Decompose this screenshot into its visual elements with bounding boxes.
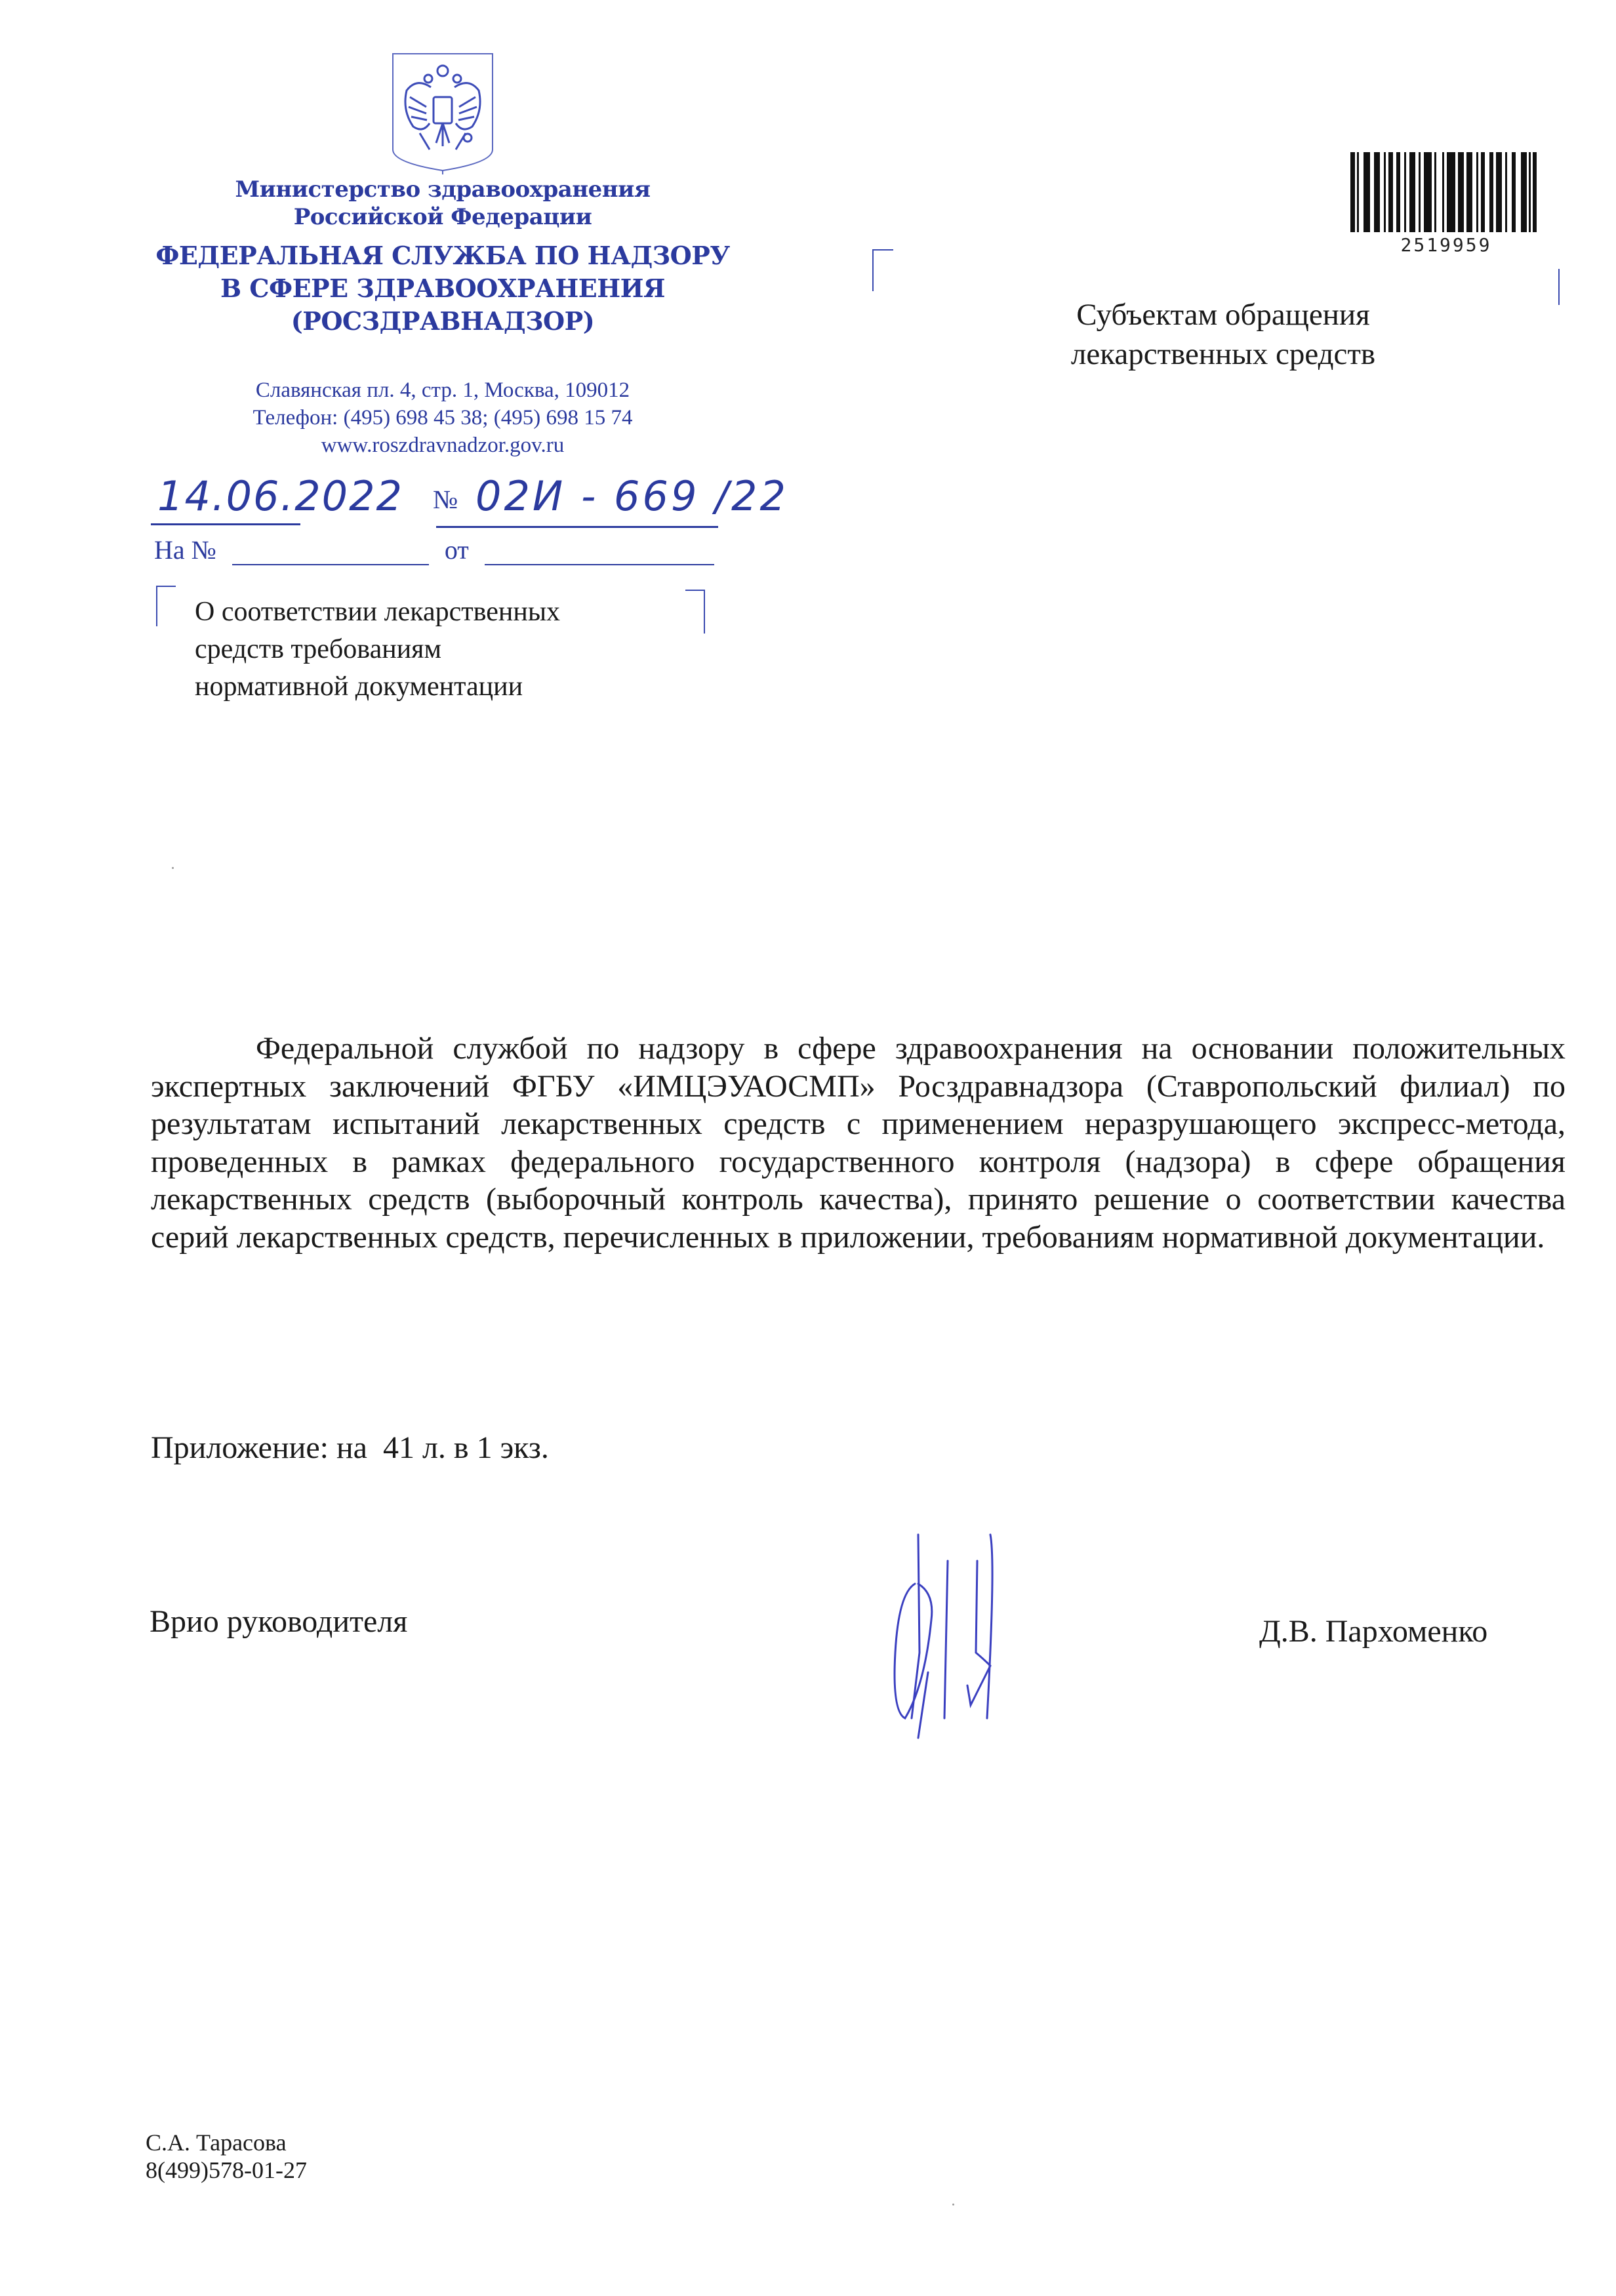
website: www.roszdravnadzor.gov.ru — [164, 432, 721, 459]
ministry-line-2: Российской Федерации — [164, 203, 721, 231]
scan-speck — [952, 2204, 954, 2205]
from-label: от — [445, 534, 469, 565]
addressee-frame-corner-left — [872, 249, 892, 292]
subject-line-1: О соответствии лекарственных — [195, 594, 560, 631]
registration-number: 02И - 669 /22 — [475, 472, 788, 520]
executor-name: С.А. Тарасова — [146, 2129, 307, 2156]
registration-line: 14.06.2022 № 02И - 669 /22 — [141, 472, 928, 525]
attachment-note: Приложение: на 41 л. в 1 экз. — [151, 1430, 549, 1466]
body-paragraph: Федеральной службой по надзору в сфере з… — [151, 1030, 1566, 1256]
coat-of-arms-emblem — [390, 51, 495, 176]
service-line-1: ФЕДЕРАЛЬНАЯ СЛУЖБА ПО НАДЗОРУ — [131, 239, 754, 272]
addressee-line-2: лекарственных средств — [971, 334, 1476, 374]
signature-icon — [879, 1521, 1049, 1744]
contacts-block: Славянская пл. 4, стр. 1, Москва, 109012… — [164, 376, 721, 459]
address: Славянская пл. 4, стр. 1, Москва, 109012 — [164, 376, 721, 404]
barcode-icon — [1348, 152, 1545, 234]
barcode-number: 2519959 — [1348, 234, 1545, 256]
frame-corner-top-left — [156, 586, 176, 626]
frame-corner — [872, 249, 893, 291]
registration-date: 14.06.2022 — [157, 472, 403, 520]
subject-line-3: нормативной документации — [195, 668, 560, 706]
number-underline — [436, 526, 718, 528]
reply-number-blank — [232, 540, 429, 565]
phone: Телефон: (495) 698 45 38; (495) 698 15 7… — [164, 404, 721, 432]
registration-number-main: 02И - 669 — [475, 472, 699, 520]
reply-date-blank — [485, 540, 714, 565]
reply-to-label: На № — [154, 534, 216, 565]
double-headed-eagle-icon — [390, 51, 495, 176]
service-line-2: В СФЕРЕ ЗДРАВООХРАНЕНИЯ — [131, 272, 754, 305]
executor-info: С.А. Тарасова 8(499)578-01-27 — [146, 2129, 307, 2184]
subject-line-2: средств требованиям — [195, 631, 560, 668]
ministry-line-1: Министерство здравоохранения — [164, 176, 721, 203]
date-underline — [151, 523, 300, 525]
frame-corner-top-right — [685, 590, 705, 634]
barcode — [1348, 152, 1545, 234]
handwritten-signature — [879, 1521, 1049, 1744]
signer-role: Врио руководителя — [150, 1603, 407, 1640]
reply-to-line: На № от — [154, 534, 714, 565]
addressee-frame-corner-right — [1558, 269, 1560, 305]
service-line-3: (РОСЗДРАВНАДЗОР) — [131, 305, 754, 338]
subject: О соответствии лекарственных средств тре… — [195, 594, 560, 706]
executor-phone: 8(499)578-01-27 — [146, 2156, 307, 2184]
signer-name: Д.В. Пархоменко — [1259, 1613, 1487, 1649]
ministry-name: Министерство здравоохранения Российской … — [164, 176, 721, 231]
scan-speck — [172, 867, 174, 869]
addressee-line-1: Субъектам обращения — [971, 295, 1476, 334]
registration-number-suffix: /22 — [715, 472, 788, 520]
service-name: ФЕДЕРАЛЬНАЯ СЛУЖБА ПО НАДЗОРУ В СФЕРЕ ЗД… — [131, 239, 754, 338]
number-sign: № — [433, 484, 458, 515]
addressee: Субъектам обращения лекарственных средст… — [971, 295, 1476, 374]
